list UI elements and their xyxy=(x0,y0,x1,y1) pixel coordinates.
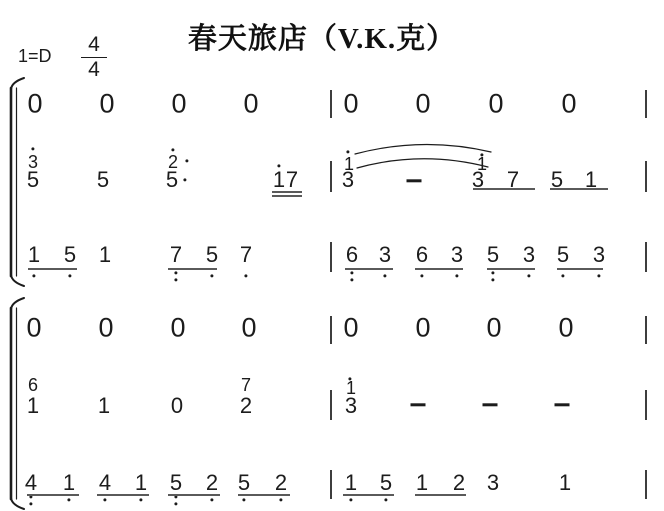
note-digit: 7 xyxy=(240,244,252,266)
note-digit: 5 xyxy=(166,169,178,191)
note-digit: 6 xyxy=(28,376,38,394)
note-digit: 1 xyxy=(28,244,40,266)
barline xyxy=(330,470,332,499)
beam-line xyxy=(28,268,77,270)
note-digit: 3 xyxy=(523,244,535,266)
note-digit: 2 xyxy=(453,472,465,494)
note-digit: 1 xyxy=(273,169,285,191)
beam-line xyxy=(415,494,466,496)
note-digit: 0 xyxy=(98,315,113,342)
note-digit: 0 xyxy=(415,315,430,342)
octave-dot xyxy=(29,495,32,498)
dash-rest xyxy=(407,179,422,182)
note-digit: 6 xyxy=(346,244,358,266)
system-bracket xyxy=(11,275,24,286)
beam-line xyxy=(97,494,149,496)
note-digit: 7 xyxy=(170,244,182,266)
tie-arc xyxy=(357,159,488,168)
note-digit: 3 xyxy=(487,472,499,494)
note-digit: 0 xyxy=(26,315,41,342)
note-digit: 7 xyxy=(286,169,298,191)
note-digit: 0 xyxy=(486,315,501,342)
note-digit: 2 xyxy=(275,472,287,494)
octave-dot xyxy=(174,271,177,274)
score-canvas: 0000000032115551733751151757636353530000… xyxy=(0,0,664,511)
note-digit: 5 xyxy=(380,472,392,494)
system-bracket xyxy=(11,498,24,509)
note-digit: 0 xyxy=(171,395,183,417)
octave-dot xyxy=(491,271,494,274)
octave-dot xyxy=(384,498,387,501)
note-digit: 5 xyxy=(557,244,569,266)
octave-dot xyxy=(349,498,352,501)
note-digit: 0 xyxy=(488,91,503,118)
octave-dot xyxy=(383,274,386,277)
barline xyxy=(330,161,332,192)
barline xyxy=(330,242,332,272)
beam-line xyxy=(272,195,302,197)
octave-dot xyxy=(103,498,106,501)
note-digit: 0 xyxy=(243,91,258,118)
tie-arc xyxy=(355,144,491,154)
note-digit: 1 xyxy=(98,395,110,417)
barline xyxy=(645,390,647,420)
note-digit: 0 xyxy=(27,91,42,118)
note-digit: 4 xyxy=(99,472,111,494)
system-bracket xyxy=(11,78,24,89)
beam-line xyxy=(415,268,463,270)
note-digit: 1 xyxy=(416,472,428,494)
note-digit: 0 xyxy=(241,315,256,342)
octave-dot xyxy=(420,274,423,277)
octave-dot xyxy=(561,274,564,277)
octave-dot xyxy=(350,271,353,274)
note-digit: 4 xyxy=(25,472,37,494)
barline xyxy=(645,90,647,118)
octave-dot xyxy=(279,498,282,501)
barline xyxy=(645,242,647,272)
sheet-music-page: 春天旅店（V.K.克） 1=D 4 4 00000000321155517337… xyxy=(0,0,664,511)
note-digit: 2 xyxy=(240,395,252,417)
note-digit: 5 xyxy=(27,169,39,191)
beam-line xyxy=(272,191,302,193)
note-digit: 2 xyxy=(206,472,218,494)
octave-dot xyxy=(597,274,600,277)
note-digit: 3 xyxy=(379,244,391,266)
note-digit: 1 xyxy=(99,244,111,266)
barline xyxy=(330,90,332,118)
note-digit: 0 xyxy=(343,315,358,342)
barline xyxy=(645,470,647,499)
note-digit: 5 xyxy=(64,244,76,266)
octave-dot xyxy=(174,502,177,505)
octave-dot xyxy=(29,502,32,505)
dash-rest xyxy=(411,403,426,406)
beam-line xyxy=(168,494,220,496)
note-digit: 6 xyxy=(416,244,428,266)
dash-rest xyxy=(483,403,498,406)
note-digit: 5 xyxy=(97,169,109,191)
beam-line xyxy=(345,268,393,270)
octave-dot xyxy=(210,498,213,501)
note-digit: 5 xyxy=(487,244,499,266)
note-digit: 0 xyxy=(171,91,186,118)
note-digit: 5 xyxy=(238,472,250,494)
barline xyxy=(645,161,647,192)
octave-dot xyxy=(67,498,70,501)
note-digit: 5 xyxy=(206,244,218,266)
barline xyxy=(645,316,647,344)
note-digit: 7 xyxy=(241,376,251,394)
note-digit: 0 xyxy=(343,91,358,118)
beam-line xyxy=(473,188,535,190)
note-digit: 1 xyxy=(345,472,357,494)
note-digit: 3 xyxy=(342,169,354,191)
octave-dot xyxy=(491,278,494,281)
note-digit: 1 xyxy=(135,472,147,494)
octave-dot xyxy=(527,274,530,277)
octave-dot xyxy=(174,278,177,281)
octave-dot xyxy=(455,274,458,277)
note-digit: 0 xyxy=(558,315,573,342)
note-digit: 1 xyxy=(27,395,39,417)
octave-dot xyxy=(183,178,186,181)
octave-dot xyxy=(185,159,188,162)
octave-dot xyxy=(139,498,142,501)
dash-rest xyxy=(555,403,570,406)
note-digit: 3 xyxy=(451,244,463,266)
note-digit: 3 xyxy=(345,395,357,417)
beam-line xyxy=(168,268,217,270)
note-digit: 0 xyxy=(170,315,185,342)
octave-dot xyxy=(210,274,213,277)
system-bracket xyxy=(11,298,24,309)
barline xyxy=(330,316,332,344)
note-digit: 0 xyxy=(415,91,430,118)
beam-line xyxy=(238,494,290,496)
note-digit: 0 xyxy=(99,91,114,118)
octave-dot xyxy=(32,274,35,277)
note-digit: 1 xyxy=(63,472,75,494)
octave-dot xyxy=(242,498,245,501)
octave-dot xyxy=(350,278,353,281)
octave-dot xyxy=(174,495,177,498)
note-digit: 0 xyxy=(561,91,576,118)
note-digit: 5 xyxy=(170,472,182,494)
beam-line xyxy=(557,268,603,270)
beam-line xyxy=(343,494,394,496)
beam-line xyxy=(487,268,535,270)
note-digit: 1 xyxy=(559,472,571,494)
octave-dot xyxy=(68,274,71,277)
note-digit: 3 xyxy=(593,244,605,266)
beam-line xyxy=(550,188,608,190)
beam-line xyxy=(27,494,79,496)
octave-dot xyxy=(244,274,247,277)
octave-dot xyxy=(31,147,34,150)
barline xyxy=(330,390,332,420)
